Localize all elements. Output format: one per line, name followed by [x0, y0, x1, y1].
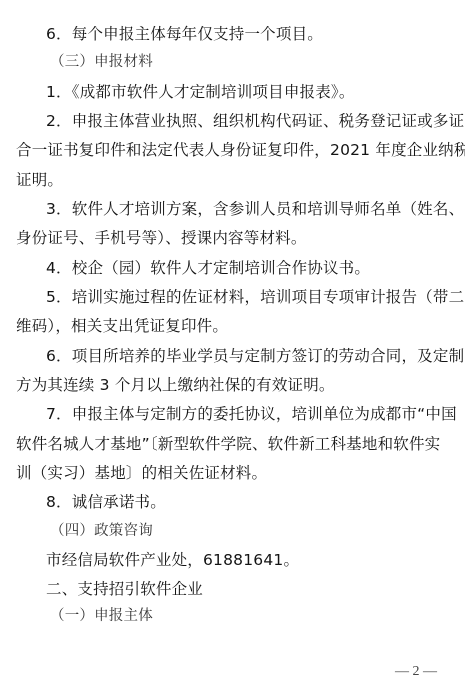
material-item-2-line-2: 合一证书复印件和法定代表人身份证复印件，2021 年度企业纳税 [16, 140, 465, 160]
material-item-7-line-1: 7．申报主体与定制方的委托协议，培训单位为成都市“中国 [46, 404, 457, 424]
material-item-8: 8．诚信承诺书。 [46, 492, 166, 512]
list-item-support-limit: 6．每个申报主体每年仅支持一个项目。 [46, 24, 323, 44]
material-item-3-line-2: 身份证号、手机号等）、授课内容等材料。 [16, 228, 307, 248]
material-item-6-line-2: 方为其连续 3 个月以上缴纳社保的有效证明。 [16, 375, 335, 395]
material-item-3-line-1: 3．软件人才培训方案，含参训人员和培训导师名单（姓名、 [46, 199, 464, 219]
material-item-7-line-3: 训（实习）基地〕的相关佐证材料。 [16, 463, 267, 483]
material-item-5-line-2: 维码），相关支出凭证复印件。 [16, 316, 228, 336]
section-title-attract-software-enterprises: 二、支持招引软件企业 [46, 579, 203, 599]
section-heading-policy-consult: （四）政策咨询 [50, 521, 153, 541]
material-item-6-line-1: 6．项目所培养的毕业学员与定制方签订的劳动合同，及定制 [46, 346, 464, 366]
page-number: — 2 — [395, 664, 437, 680]
material-item-4: 4．校企（园）软件人才定制培训合作协议书。 [46, 258, 370, 278]
document-page: 6．每个申报主体每年仅支持一个项目。 （三）申报材料 1．《成都市软件人才定制培… [0, 0, 465, 690]
material-item-7-line-2: 软件名城人才基地”〔新型软件学院、软件新工科基地和软件实 [16, 434, 440, 454]
section-heading-materials: （三）申报材料 [50, 52, 153, 72]
material-item-2-line-3: 证明。 [16, 170, 63, 190]
material-item-5-line-1: 5．培训实施过程的佐证材料，培训项目专项审计报告（带二 [46, 287, 464, 307]
consult-contact-text: 市经信局软件产业处，61881641。 [46, 550, 299, 570]
material-item-1: 1．《成都市软件人才定制培训项目申报表》。 [46, 82, 355, 102]
material-item-2-line-1: 2．申报主体营业执照、组织机构代码证、税务登记证或多证 [46, 111, 464, 131]
section-heading-applicant: （一）申报主体 [50, 606, 153, 626]
